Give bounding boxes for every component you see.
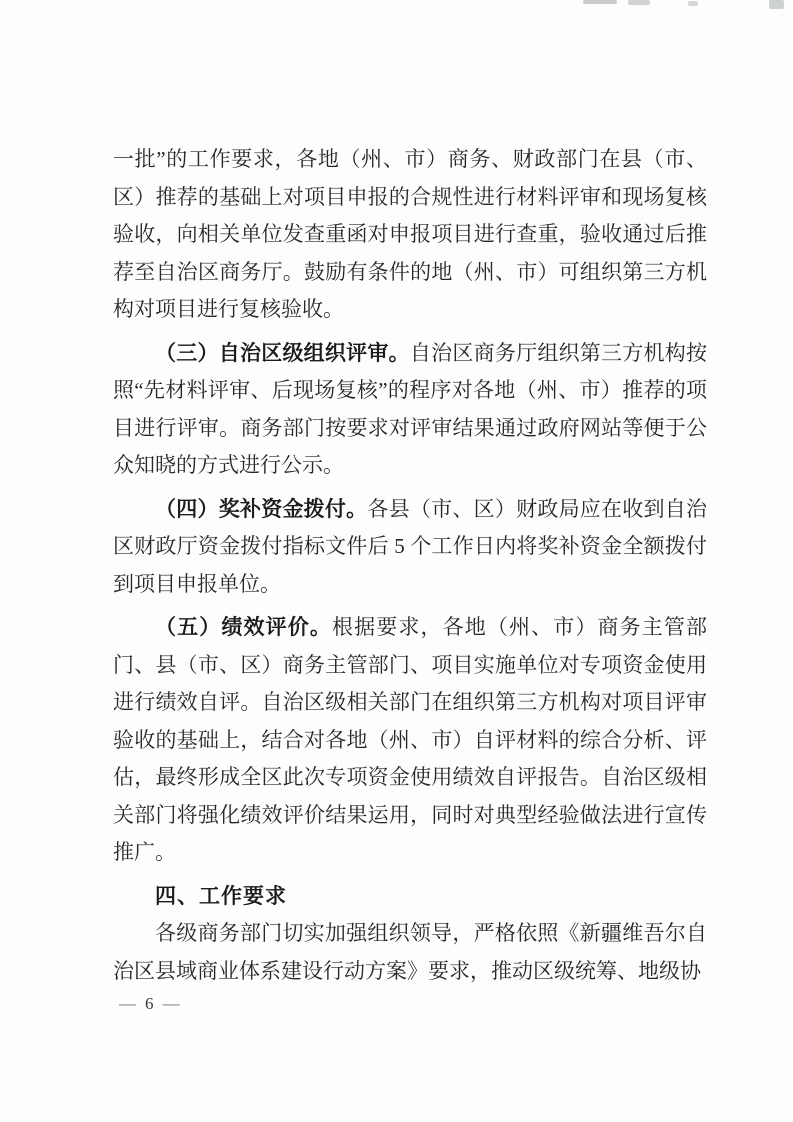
para-item-5: （五）绩效评价。根据要求，各地（州、市）商务主管部门、县（市、区）商务主管部门、… (113, 609, 707, 872)
para-continuation: 一批”的工作要求，各地（州、市）商务、财政部门在县（市、区）推荐的基础上对项目申… (113, 141, 707, 329)
page-number-left-dash: — (119, 994, 136, 1014)
paragraph-text: 各级商务部门切实加强组织领导，严格依照《新疆维吾尔自治区县域商业体系建设行动方案… (113, 921, 707, 983)
page-number-right-dash: — (163, 994, 180, 1014)
scan-artifact (769, 0, 784, 9)
paragraph-lead: （四）奖补资金拨付。 (155, 497, 367, 521)
document-body: 一批”的工作要求，各地（州、市）商务、财政部门在县（市、区）推荐的基础上对项目申… (113, 141, 707, 990)
paragraph-text: 一批”的工作要求，各地（州、市）商务、财政部门在县（市、区）推荐的基础上对项目申… (113, 147, 707, 321)
section-heading-4: 四、工作要求 (113, 878, 707, 916)
para-item-3: （三）自治区级组织评审。自治区商务厅组织第三方机构按照“先材料评审、后现场复核”… (113, 335, 707, 485)
document-page: 一批”的工作要求，各地（州、市）商务、财政部门在县（市、区）推荐的基础上对项目申… (0, 0, 793, 1122)
para-item-4: （四）奖补资金拨付。各县（市、区）财政局应在收到自治区财政厅资金拨付指标文件后 … (113, 491, 707, 604)
scan-artifact (688, 1, 698, 6)
paragraph-lead: 四、工作要求 (155, 885, 287, 908)
page-number: 6 (145, 994, 154, 1014)
paragraph-lead: （三）自治区级组织评审。 (155, 341, 410, 365)
para-work-requirements: 各级商务部门切实加强组织领导，严格依照《新疆维吾尔自治区县域商业体系建设行动方案… (113, 915, 707, 990)
scan-artifact (583, 0, 617, 4)
scan-artifact (628, 0, 650, 5)
paragraph-lead: （五）绩效评价。 (155, 615, 332, 639)
page-footer: — 6 — (119, 994, 180, 1014)
paragraph-text: 根据要求，各地（州、市）商务主管部门、县（市、区）商务主管部门、项目实施单位对专… (113, 615, 707, 864)
